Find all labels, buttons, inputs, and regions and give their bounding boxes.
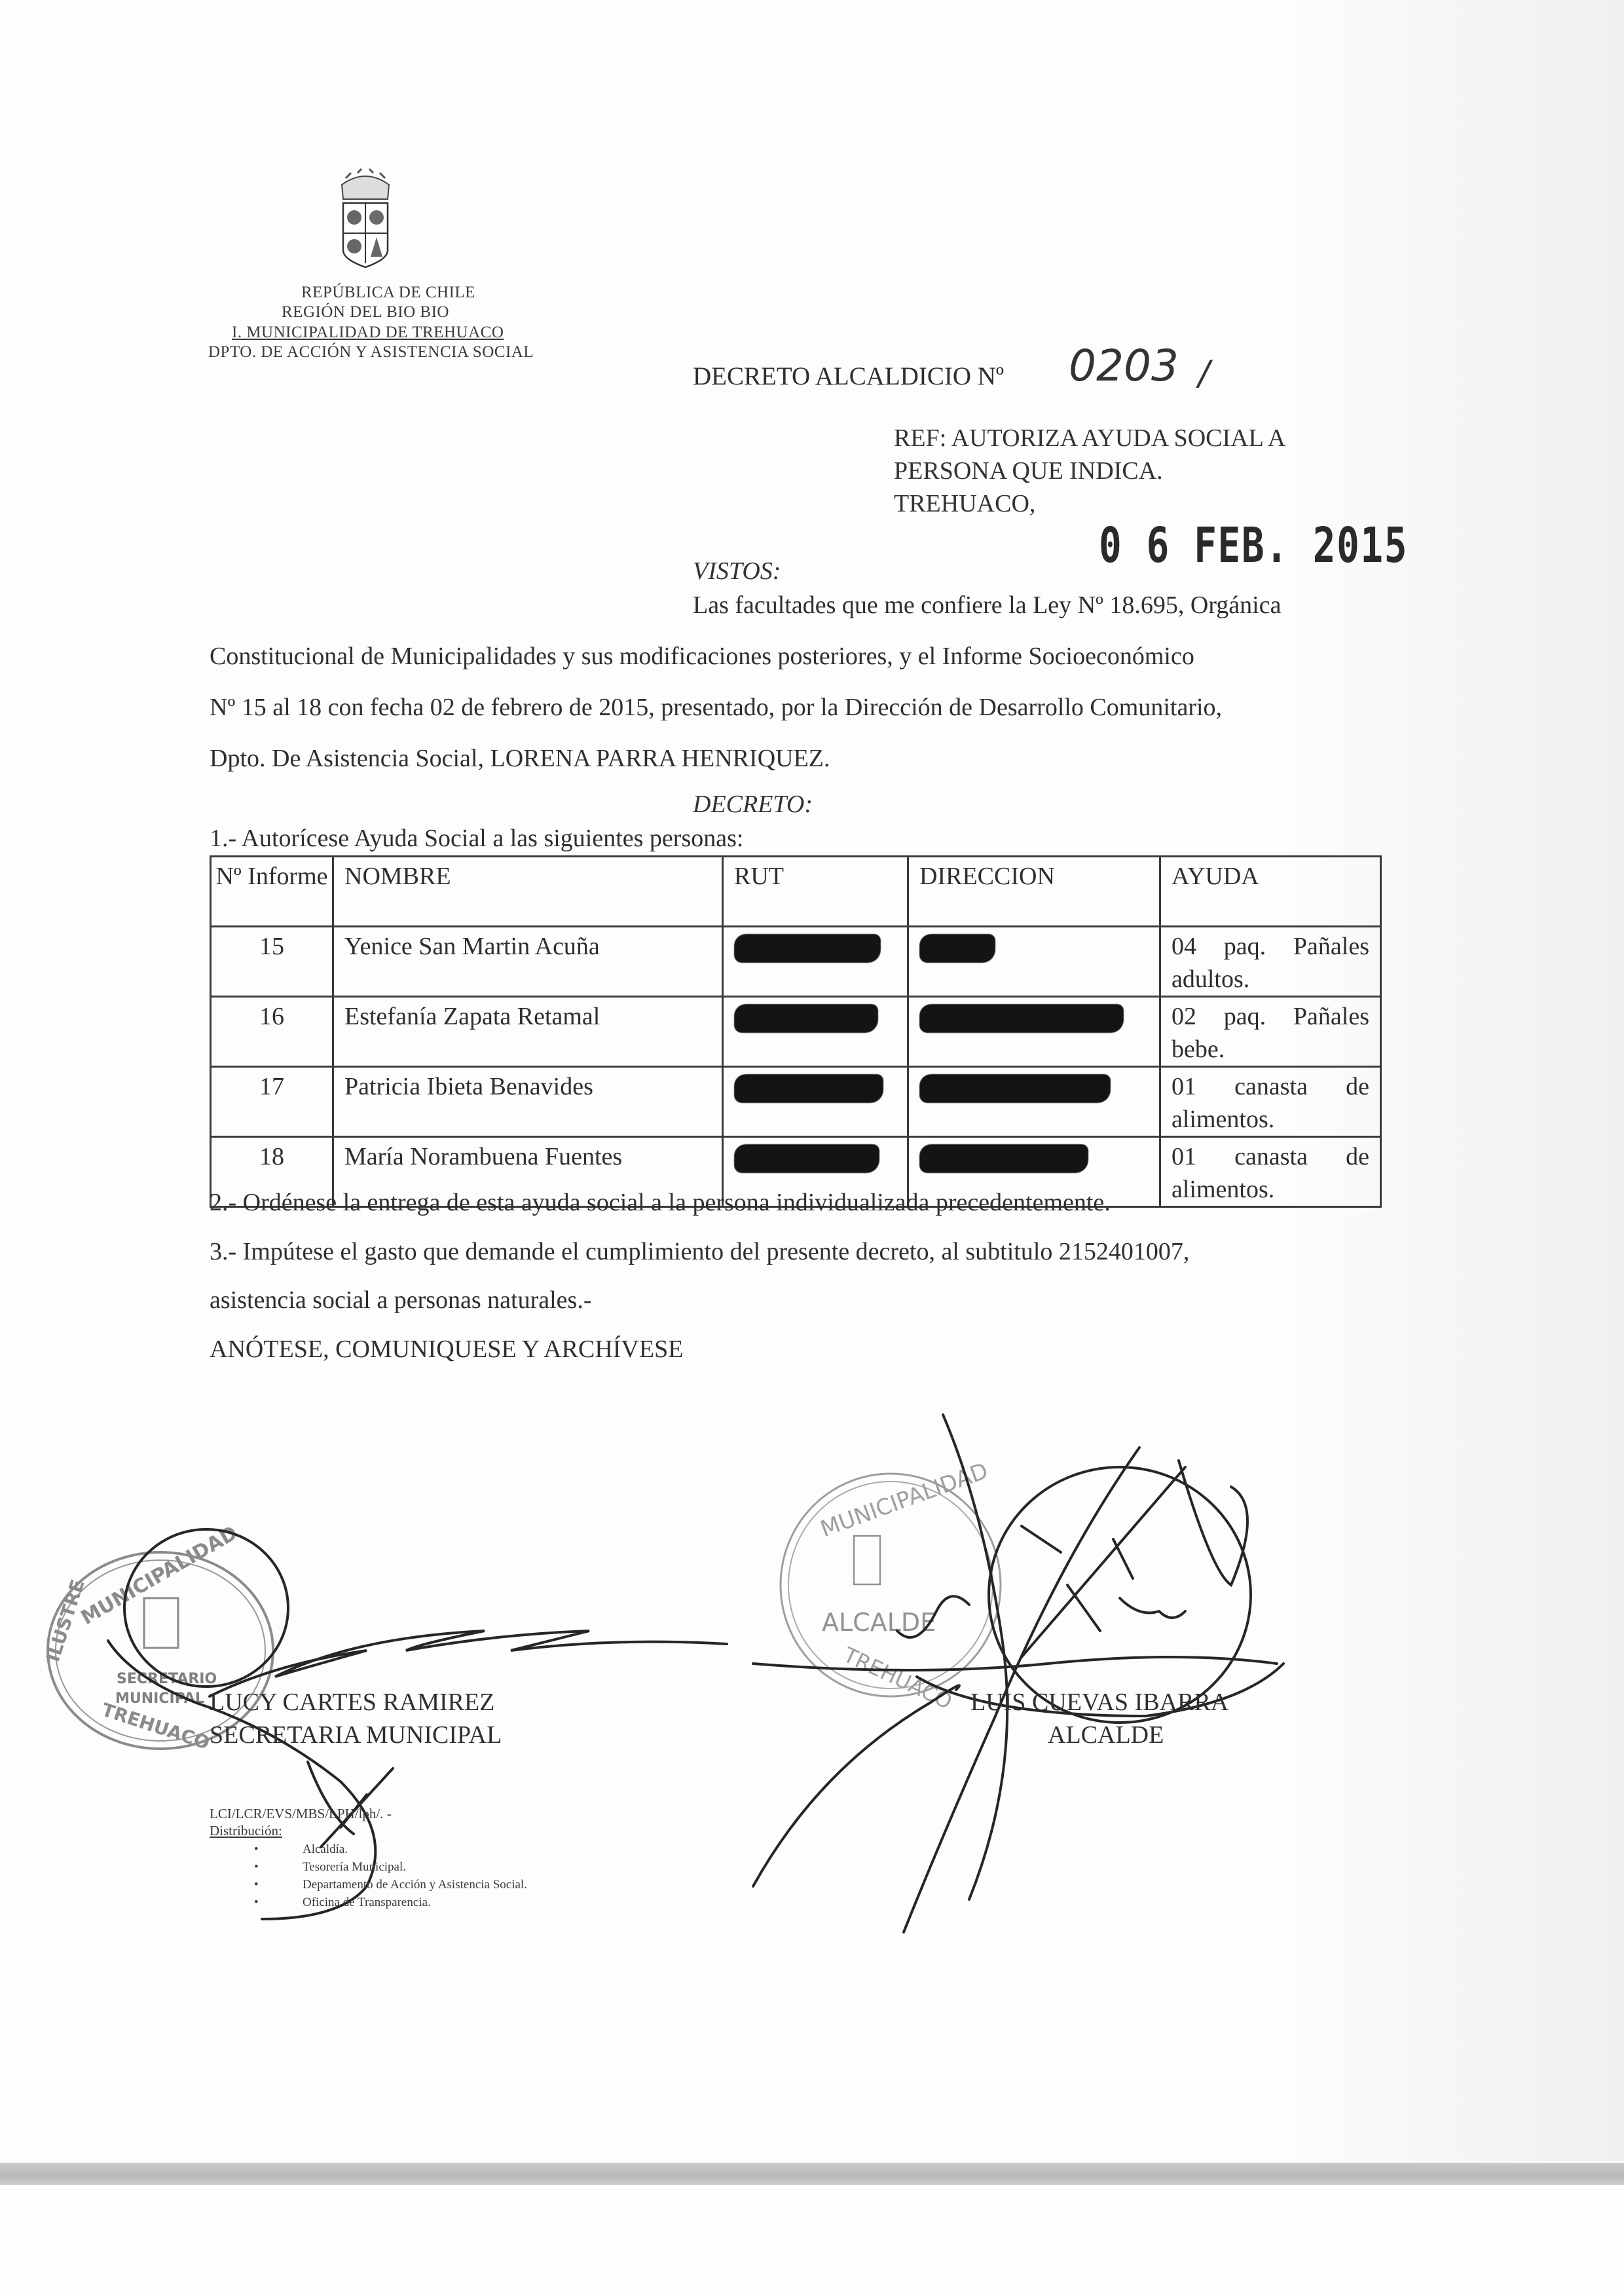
header-department: DPTO. DE ACCIÓN Y ASISTENCIA SOCIAL xyxy=(208,343,534,362)
col-header-informe: Nº Informe xyxy=(211,857,333,927)
bullet-icon: • xyxy=(254,1842,259,1857)
table-row: 16 Estefanía Zapata Retamal 02 paq. Paña… xyxy=(211,997,1381,1067)
col-header-direccion: DIRECCION xyxy=(908,857,1160,927)
vistos-line-4: Dpto. De Asistencia Social, LORENA PARRA… xyxy=(210,744,830,773)
col-header-rut: RUT xyxy=(723,857,908,927)
cell-ayuda: 01 canasta de alimentos. xyxy=(1160,1067,1381,1137)
cell-ayuda: 04 paq. Pañales adultos. xyxy=(1160,927,1381,997)
decreto-item-3-line-2: asistencia social a personas naturales.- xyxy=(210,1286,592,1315)
mayor-stamp-icon: ALCALDE MUNICIPALIDAD TREHUACO xyxy=(781,1458,1001,1715)
svg-text:MUNICIPALIDAD: MUNICIPALIDAD xyxy=(817,1458,991,1543)
redaction-mark xyxy=(734,934,881,963)
secretary-stamp-bottom: TREHUACO xyxy=(99,1699,212,1754)
secretary-title: SECRETARIA MUNICIPAL xyxy=(210,1721,502,1749)
decree-number: 0203 xyxy=(1069,341,1179,391)
ref-line-1: REF: AUTORIZA AYUDA SOCIAL A xyxy=(894,424,1285,453)
cell-informe: 16 xyxy=(211,997,333,1067)
secretary-name: LUCY CARTES RAMIREZ xyxy=(210,1688,494,1717)
cell-rut xyxy=(723,927,908,997)
table-row: 17 Patricia Ibieta Benavides 01 canasta … xyxy=(211,1067,1381,1137)
svg-text:MUNICIPALIDAD: MUNICIPALIDAD xyxy=(77,1521,242,1630)
redaction-mark xyxy=(919,1144,1088,1173)
ref-place: TREHUACO, xyxy=(894,489,1035,518)
bullet-icon: • xyxy=(254,1878,259,1892)
decreto-heading: DECRETO: xyxy=(693,790,813,819)
distribution-label: Distribución: xyxy=(210,1823,282,1839)
table-row: 15 Yenice San Martin Acuña 04 paq. Pañal… xyxy=(211,927,1381,997)
decree-title: DECRETO ALCALDICIO Nº xyxy=(693,362,1004,391)
cell-ayuda: 02 paq. Pañales bebe. xyxy=(1160,997,1381,1067)
table-header-row: Nº Informe NOMBRE RUT DIRECCION AYUDA xyxy=(211,857,1381,927)
redaction-mark xyxy=(734,1004,878,1033)
aid-table: Nº Informe NOMBRE RUT DIRECCION AYUDA 15… xyxy=(210,855,1382,1208)
decree-number-slash: / xyxy=(1198,354,1210,393)
municipal-coat-of-arms-icon xyxy=(335,165,396,270)
header-municipality: I. MUNICIPALIDAD DE TREHUACO xyxy=(232,324,504,342)
mayor-stamp-bottom: TREHUACO xyxy=(839,1642,956,1714)
cell-direccion xyxy=(908,927,1160,997)
redaction-mark xyxy=(919,1074,1111,1103)
redaction-mark xyxy=(734,1074,883,1103)
redaction-mark xyxy=(919,934,995,963)
closing-formula: ANÓTESE, COMUNIQUESE Y ARCHÍVESE xyxy=(210,1335,683,1364)
col-header-ayuda: AYUDA xyxy=(1160,857,1381,927)
decreto-item-3-line-1: 3.- Impútese el gasto que demande el cum… xyxy=(210,1237,1189,1266)
vistos-line-2: Constitucional de Municipalidades y sus … xyxy=(210,642,1194,671)
svg-text:ILUSTRE: ILUSTRE xyxy=(42,1577,89,1664)
decreto-item-1: 1.- Autorícese Ayuda Social a las siguie… xyxy=(210,824,743,853)
col-header-nombre: NOMBRE xyxy=(333,857,723,927)
date-stamp: 0 6 FEB. 2015 xyxy=(1099,517,1408,574)
mayor-name: LUIS CUEVAS IBARRA xyxy=(970,1688,1228,1717)
mayor-title: ALCALDE xyxy=(1048,1721,1164,1749)
vistos-heading: VISTOS: xyxy=(693,557,781,586)
secretary-stamp-label-2: MUNICIPAL xyxy=(115,1690,204,1707)
cell-rut xyxy=(723,1067,908,1137)
cell-nombre: Estefanía Zapata Retamal xyxy=(333,997,723,1067)
scanner-edge xyxy=(0,2163,1624,2185)
vistos-line-1: Las facultades que me confiere la Ley Nº… xyxy=(693,591,1281,620)
cell-nombre: Yenice San Martin Acuña xyxy=(333,927,723,997)
ref-line-2: PERSONA QUE INDICA. xyxy=(894,457,1163,485)
secretary-stamp-icon: MUNICIPALIDAD SECRETARIO MUNICIPAL TREHU… xyxy=(42,1521,273,1754)
bullet-icon: • xyxy=(254,1895,259,1910)
typist-initials: LCI/LCR/EVS/MBS/LPH/lph/. - xyxy=(210,1806,392,1822)
cell-direccion xyxy=(908,997,1160,1067)
scan-margin xyxy=(0,2185,1624,2295)
mayor-signature xyxy=(753,1415,1283,1932)
cell-informe: 15 xyxy=(211,927,333,997)
secretary-stamp-label-1: SECRETARIO xyxy=(117,1671,217,1687)
mayor-stamp-label: ALCALDE xyxy=(822,1608,936,1637)
decree-title-label: DECRETO ALCALDICIO Nº xyxy=(693,362,1004,390)
cell-nombre: Patricia Ibieta Benavides xyxy=(333,1067,723,1137)
bullet-icon: • xyxy=(254,1860,259,1875)
vistos-line-3: Nº 15 al 18 con fecha 02 de febrero de 2… xyxy=(210,693,1222,722)
redaction-mark xyxy=(734,1144,879,1173)
header-republic: REPÚBLICA DE CHILE xyxy=(301,284,475,302)
cell-ayuda: 01 canasta de alimentos. xyxy=(1160,1137,1381,1207)
cell-rut xyxy=(723,997,908,1067)
header-region: REGIÓN DEL BIO BIO xyxy=(282,303,449,322)
decreto-item-2: 2.- Ordénese la entrega de esta ayuda so… xyxy=(210,1188,1111,1217)
cell-direccion xyxy=(908,1067,1160,1137)
redaction-mark xyxy=(919,1004,1124,1033)
cell-informe: 17 xyxy=(211,1067,333,1137)
